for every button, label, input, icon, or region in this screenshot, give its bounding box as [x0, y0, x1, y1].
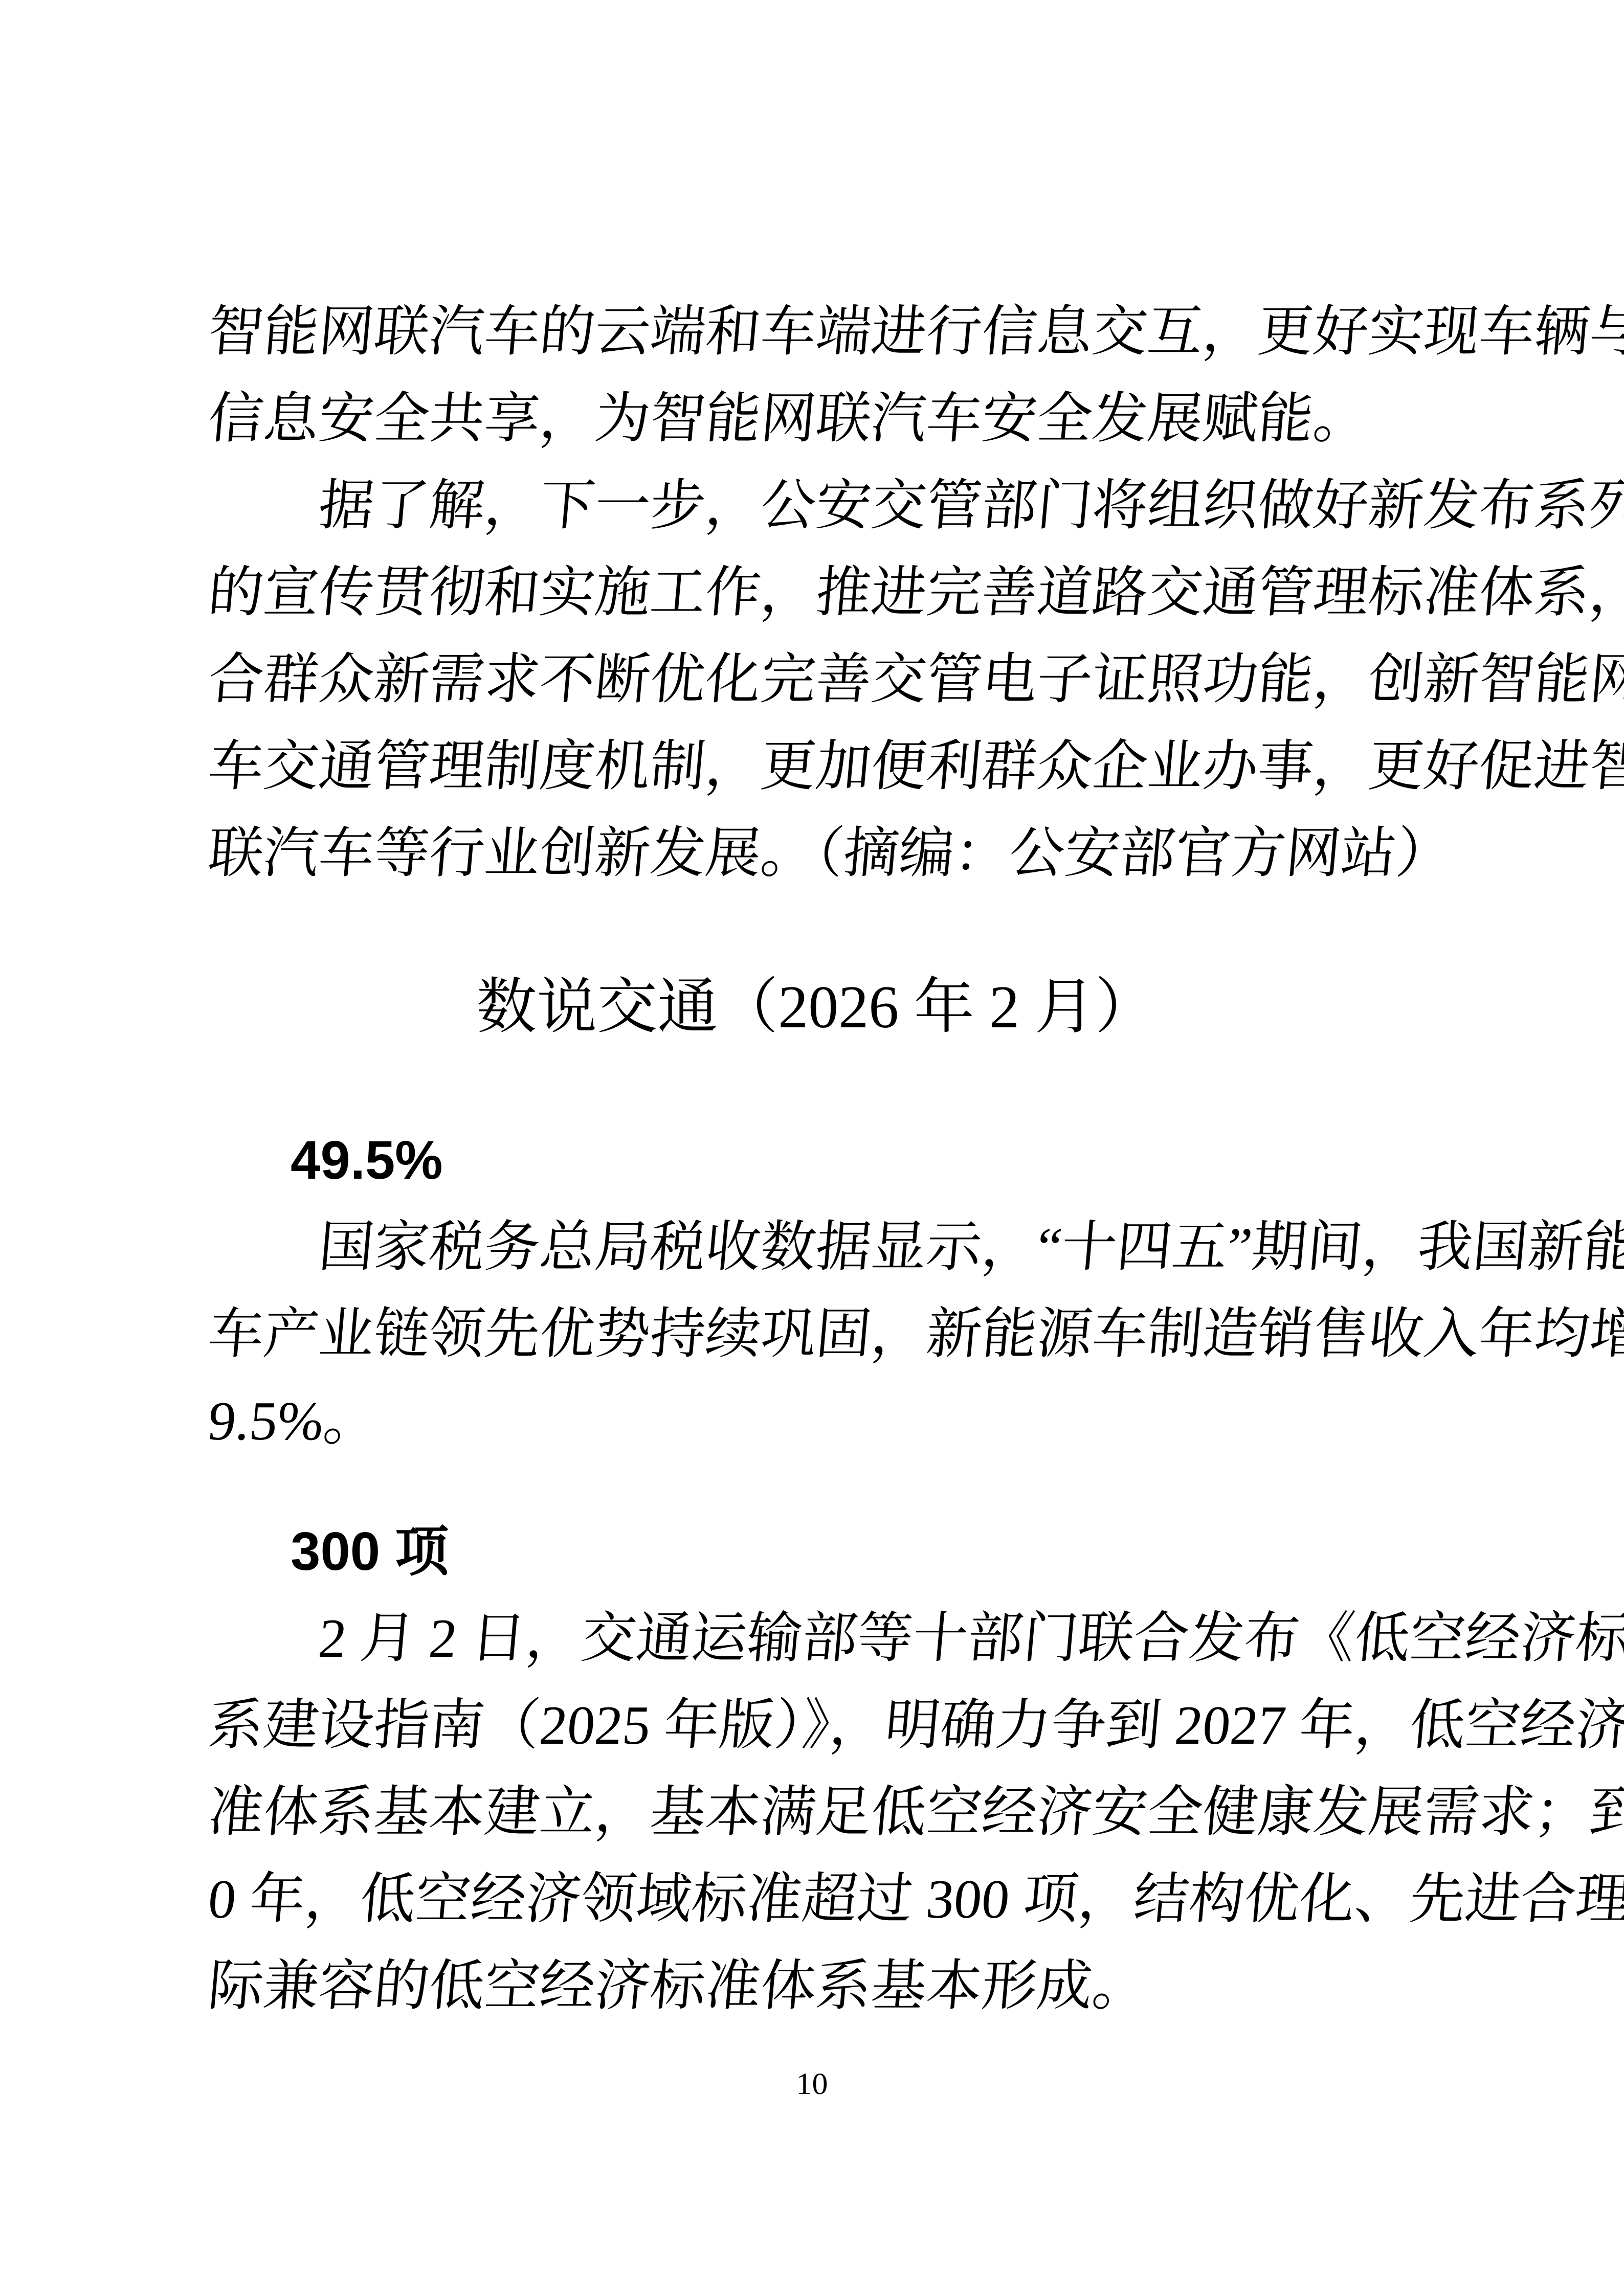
text-line: 2 月 2 日，交通运输部等十部门联合发布《低空经济标准体	[205, 1595, 1435, 1682]
text-line: 联汽车等行业创新发展。（摘编：公安部官方网站）	[205, 811, 1435, 897]
text-line: 0 年，低空经济领域标准超过 300 项，结构优化、先进合理、国	[205, 1856, 1435, 1943]
section-heading: 数说交通（2026 年 2 月）	[205, 956, 1427, 1059]
text-line: 际兼容的低空经济标准体系基本形成。	[205, 1943, 1435, 2030]
stat-section-49-5: 49.5% 国家税务总局税收数据显示，“十四五”期间，我国新能源 车产业链领先优…	[205, 1117, 1427, 1465]
page-number: 10	[0, 2066, 1624, 2102]
paragraph-continuation: 智能网联汽车的云端和车端进行信息交互，更好实现车辆与道路 信息安全共享，为智能网…	[205, 289, 1427, 463]
text-line: 9.5%。	[205, 1378, 1435, 1465]
text-line: 的宣传贯彻和实施工作，推进完善道路交通管理标准体系，并结	[205, 550, 1435, 637]
text-line: 信息安全共享，为智能网联汽车安全发展赋能。	[205, 376, 1435, 463]
text-line: 据了解，下一步，公安交管部门将组织做好新发布系列标准	[205, 463, 1435, 550]
text-line: 系建设指南（2025 年版）》，明确力争到 2027 年，低空经济标	[205, 1682, 1435, 1769]
stat-heading: 300 项	[291, 1509, 1427, 1595]
stat-heading: 49.5%	[291, 1117, 1427, 1204]
text-line: 准体系基本建立，基本满足低空经济安全健康发展需求；到 203	[205, 1769, 1435, 1856]
page-content: 智能网联汽车的云端和车端进行信息交互，更好实现车辆与道路 信息安全共享，为智能网…	[0, 0, 1624, 2030]
text-line: 国家税务总局税收数据显示，“十四五”期间，我国新能源	[205, 1204, 1435, 1291]
stat-section-300: 300 项 2 月 2 日，交通运输部等十部门联合发布《低空经济标准体 系建设指…	[205, 1509, 1427, 2030]
text-line: 合群众新需求不断优化完善交管电子证照功能，创新智能网联汽	[205, 637, 1435, 724]
text-line: 车产业链领先优势持续巩固，新能源车制造销售收入年均增长 4	[205, 1291, 1435, 1378]
document-page: 智能网联汽车的云端和车端进行信息交互，更好实现车辆与道路 信息安全共享，为智能网…	[0, 0, 1624, 2296]
text-line: 车交通管理制度机制，更加便利群众企业办事，更好促进智能网	[205, 724, 1435, 811]
text-line: 智能网联汽车的云端和车端进行信息交互，更好实现车辆与道路	[205, 289, 1435, 376]
paragraph-next-steps: 据了解，下一步，公安交管部门将组织做好新发布系列标准 的宣传贯彻和实施工作，推进…	[205, 463, 1427, 897]
